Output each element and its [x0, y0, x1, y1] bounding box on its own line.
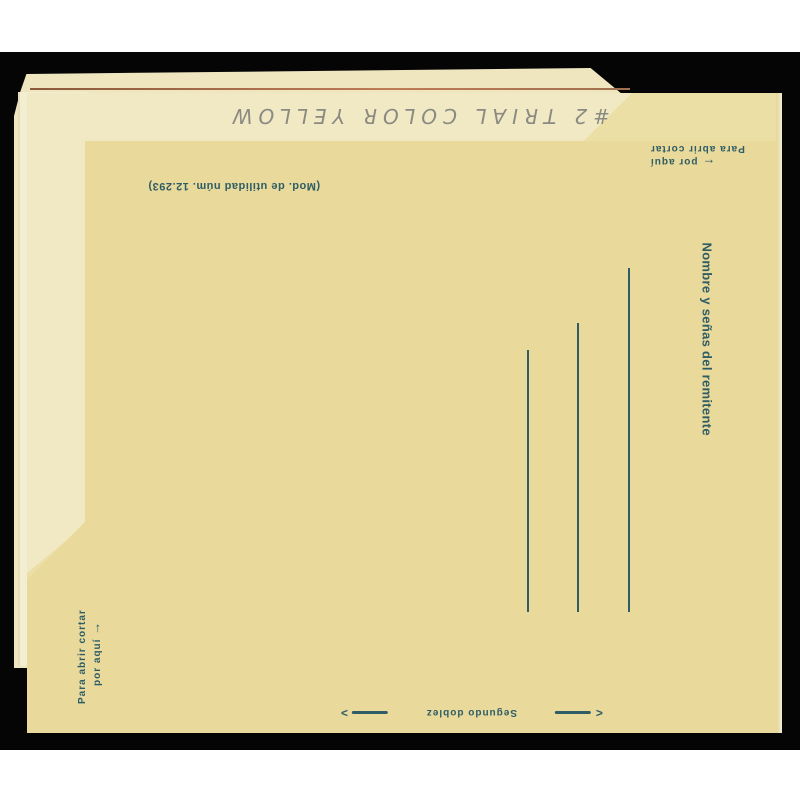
cut-top-line1: por aquí: [650, 156, 697, 167]
cut-left-line2: por aquí: [92, 639, 103, 686]
cut-instruction-left: Para abrir cortar por aquí →: [76, 564, 104, 704]
fold-dash-right: [352, 712, 388, 715]
second-fold-label: Segundo doblez: [426, 707, 517, 718]
address-line-2: [577, 323, 579, 612]
arrow-up-icon: →: [89, 621, 102, 635]
chevron-left-icon: <: [595, 706, 603, 720]
left-fold-band: [27, 93, 85, 573]
fold-dash-left: [555, 712, 591, 715]
address-line-3: [628, 268, 630, 612]
sender-label: Nombre y señas del remitente: [700, 243, 715, 513]
cut-instruction-top: ← por aquí Para abrir cortar: [650, 142, 745, 170]
second-fold-marker: < Segundo doblez >: [340, 706, 603, 720]
back-sheet-edge-line: [30, 88, 630, 90]
arrow-left-icon: ←: [701, 157, 715, 170]
address-line-1: [527, 350, 529, 612]
right-edge: [776, 93, 782, 733]
yellow-panel: [85, 141, 782, 733]
handwritten-note: #2 TRIAL COLOR YELLOW: [250, 104, 610, 128]
model-number-text: (Mod. de utilidad núm. 12.293): [148, 180, 320, 192]
cut-top-line2: Para abrir cortar: [650, 142, 745, 155]
chevron-right-icon: >: [340, 706, 348, 720]
